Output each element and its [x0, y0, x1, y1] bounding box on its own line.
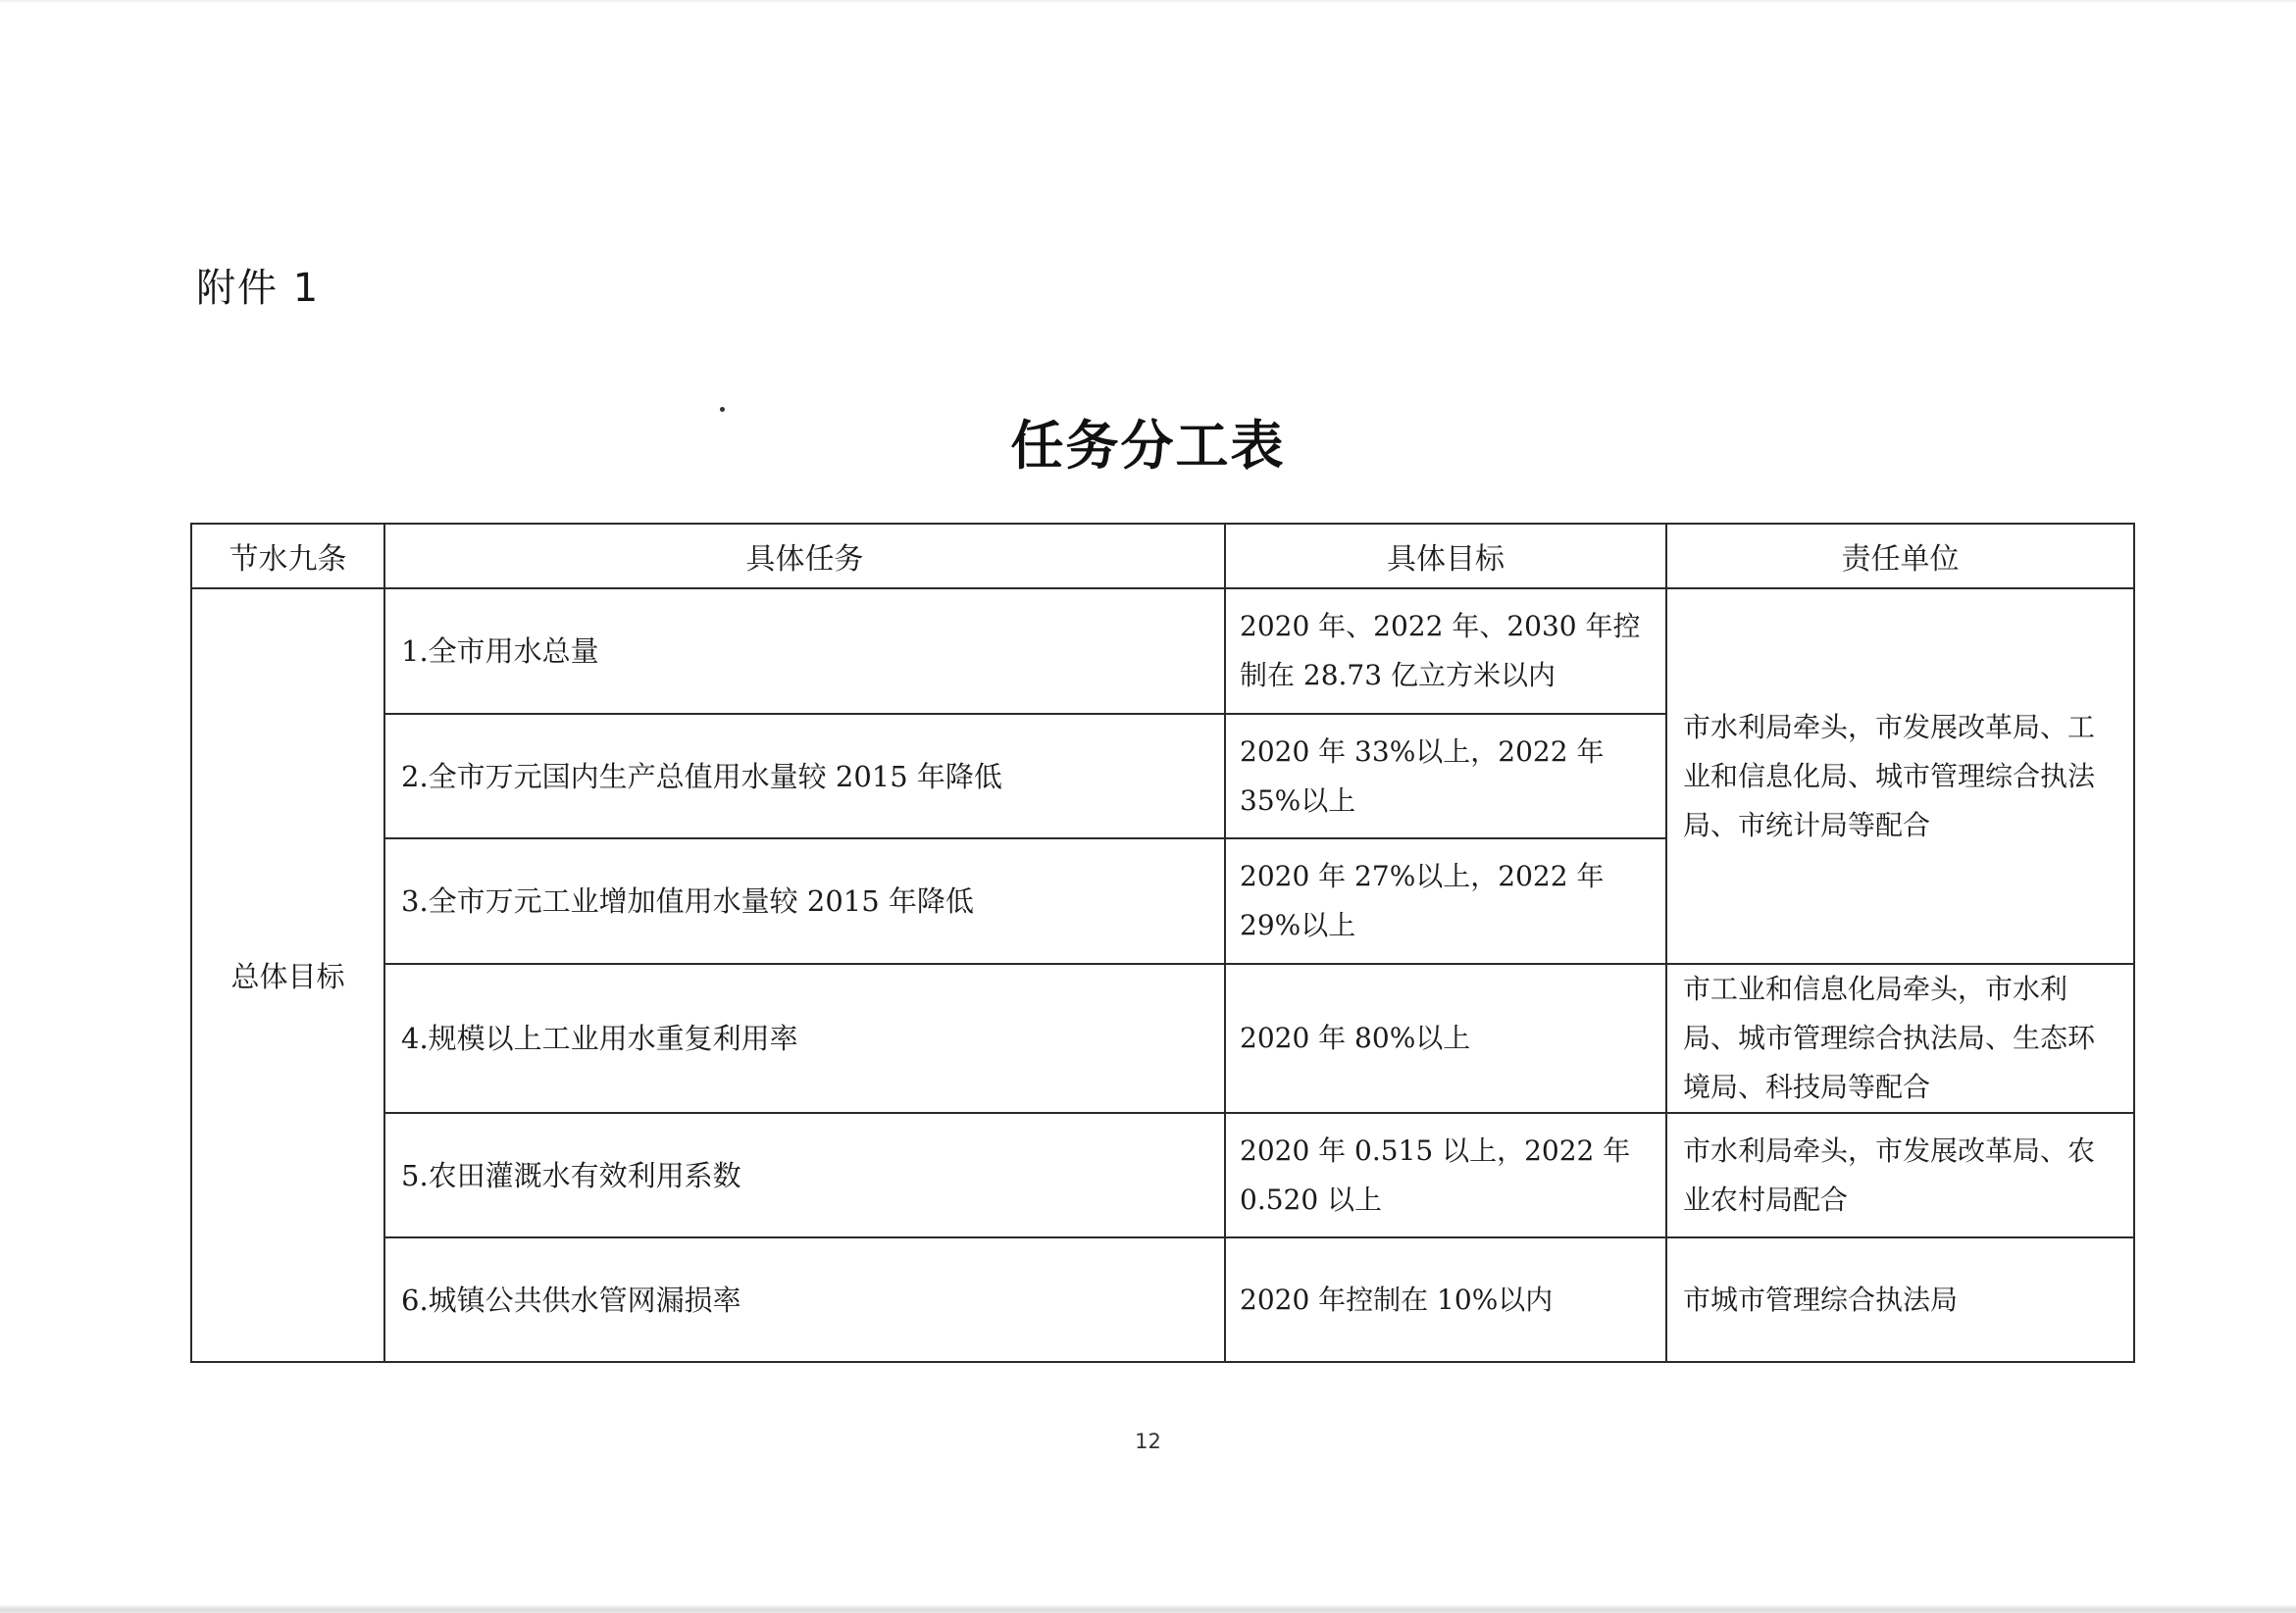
table-row: 4.规模以上工业用水重复利用率 2020 年 80%以上 市工业和信息化局牵头，…	[191, 964, 2134, 1113]
unit-text: 市城市管理综合执法局	[1683, 1276, 2119, 1325]
page-title: 任务分工表	[0, 414, 2296, 477]
task-cell: 6.城镇公共供水管网漏损率	[384, 1237, 1225, 1362]
target-cell: 2020 年 33%以上，2022 年 35%以上	[1225, 714, 1666, 838]
task-cell: 4.规模以上工业用水重复利用率	[384, 964, 1225, 1113]
scan-edge-top	[0, 0, 2296, 3]
category-cell: 总体目标	[191, 588, 384, 1362]
header-category: 节水九条	[191, 524, 384, 588]
table-row: 总体目标 1.全市用水总量 2020 年、2022 年、2030 年控制在 28…	[191, 588, 2134, 714]
task-text: 3.全市万元工业增加值用水量较 2015 年降低	[401, 882, 1224, 921]
target-text: 2020 年 0.515 以上，2022 年 0.520 以上	[1240, 1127, 1652, 1225]
unit-cell: 市水利局牵头，市发展改革局、农业农村局配合	[1666, 1113, 2134, 1237]
unit-cell: 市水利局牵头，市发展改革局、工业和信息化局、城市管理综合执法局、市统计局等配合	[1666, 588, 2134, 964]
unit-cell: 市工业和信息化局牵头，市水利局、城市管理综合执法局、生态环境局、科技局等配合	[1666, 964, 2134, 1113]
target-cell: 2020 年控制在 10%以内	[1225, 1237, 1666, 1362]
table-header-row: 节水九条 具体任务 具体目标 责任单位	[191, 524, 2134, 588]
page-number: 12	[0, 1430, 2296, 1453]
task-text: 1.全市用水总量	[401, 631, 1224, 671]
scan-artifact-dot	[720, 407, 725, 412]
target-cell: 2020 年 80%以上	[1225, 964, 1666, 1113]
header-target: 具体目标	[1225, 524, 1666, 588]
target-cell: 2020 年 0.515 以上，2022 年 0.520 以上	[1225, 1113, 1666, 1237]
task-cell: 3.全市万元工业增加值用水量较 2015 年降低	[384, 838, 1225, 964]
target-cell: 2020 年 27%以上，2022 年 29%以上	[1225, 838, 1666, 964]
unit-text: 市工业和信息化局牵头，市水利局、城市管理综合执法局、生态环境局、科技局等配合	[1683, 965, 2119, 1112]
attachment-label: 附件 1	[196, 263, 320, 314]
unit-cell: 市城市管理综合执法局	[1666, 1237, 2134, 1362]
task-assignment-table: 节水九条 具体任务 具体目标 责任单位 总体目标 1.全市用水总量 2020 年…	[190, 523, 2135, 1363]
table-row: 5.农田灌溉水有效利用系数 2020 年 0.515 以上，2022 年 0.5…	[191, 1113, 2134, 1237]
header-unit: 责任单位	[1666, 524, 2134, 588]
task-text: 2.全市万元国内生产总值用水量较 2015 年降低	[401, 757, 1224, 796]
target-text: 2020 年 27%以上，2022 年 29%以上	[1240, 852, 1652, 950]
task-cell: 5.农田灌溉水有效利用系数	[384, 1113, 1225, 1237]
target-text: 2020 年控制在 10%以内	[1240, 1276, 1652, 1325]
task-text: 4.规模以上工业用水重复利用率	[401, 1019, 1224, 1058]
task-text: 5.农田灌溉水有效利用系数	[401, 1156, 1224, 1195]
target-text: 2020 年 33%以上，2022 年 35%以上	[1240, 728, 1652, 826]
scan-edge-bottom	[0, 1604, 2296, 1613]
header-task: 具体任务	[384, 524, 1225, 588]
task-cell: 2.全市万元国内生产总值用水量较 2015 年降低	[384, 714, 1225, 838]
table-row: 6.城镇公共供水管网漏损率 2020 年控制在 10%以内 市城市管理综合执法局	[191, 1237, 2134, 1362]
unit-text: 市水利局牵头，市发展改革局、工业和信息化局、城市管理综合执法局、市统计局等配合	[1683, 703, 2119, 850]
target-text: 2020 年 80%以上	[1240, 1014, 1652, 1063]
task-cell: 1.全市用水总量	[384, 588, 1225, 714]
target-text: 2020 年、2022 年、2030 年控制在 28.73 亿立方米以内	[1240, 602, 1652, 700]
unit-text: 市水利局牵头，市发展改革局、农业农村局配合	[1683, 1127, 2119, 1225]
target-cell: 2020 年、2022 年、2030 年控制在 28.73 亿立方米以内	[1225, 588, 1666, 714]
task-text: 6.城镇公共供水管网漏损率	[401, 1281, 1224, 1320]
